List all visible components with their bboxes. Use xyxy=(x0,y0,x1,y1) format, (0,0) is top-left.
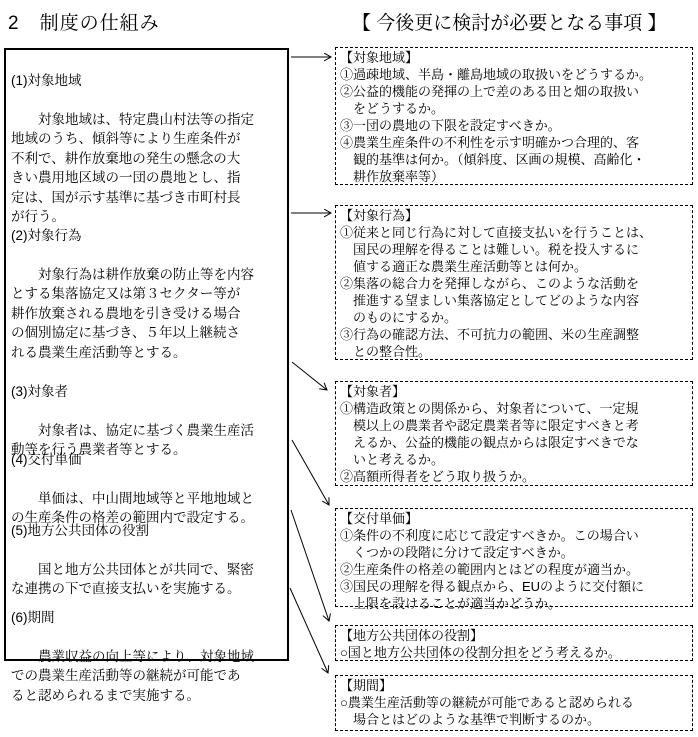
consideration-box-local-government-role: 【地方公共団体の役割】 ○国と地方公共団体の役割分担をどう考えるか。 xyxy=(335,625,693,661)
section-target-act: (2)対象行為 対象行為は耕作放棄の防止等を内容 とする集落協定又は第３セクター… xyxy=(11,206,285,382)
box-item: ①構造政策との関係から、対象者について、一定規 模以上の農業者や認定農業者等に限… xyxy=(340,400,689,468)
box-item: ○農業生産活動等の継続が可能であると認められる 場合とはどのような基準で判断する… xyxy=(340,694,689,728)
section-heading: (5)地方公共団体の役割 xyxy=(11,521,285,541)
box-item: ①条件の不利度に応じて設定すべきか。この場合い くつかの段階に分けて設定すべきか… xyxy=(340,527,689,561)
box-heading: 【対象行為】 xyxy=(340,207,689,224)
box-item: ①過疎地域、半島・離島地域の取扱いをどうするか。 xyxy=(340,66,689,83)
box-item: ④農業生産条件の不利性を示す明確かつ合理的、客 観的基準は何か。（傾斜度、区画の… xyxy=(340,134,689,185)
consideration-box-target-act: 【対象行為】 ①従来と同じ行為に対して直接支払いを行うことは、 国民の理解を得る… xyxy=(335,205,693,360)
section-heading: (6)期間 xyxy=(11,608,285,628)
consideration-box-unit-price: 【交付単価】 ①条件の不利度に応じて設定すべきか。この場合い くつかの段階に分け… xyxy=(335,508,693,607)
box-item: ②高額所得者をどう取り扱うか。 xyxy=(340,468,689,485)
scheme-outline-box: (1)対象地域 対象地域は、特定農山村法等の指定 地域のうち、傾斜等により生産条… xyxy=(4,48,289,661)
section-period: (6)期間 農業収益の向上等により、対象地域 での農業生産活動等の継続が可能であ… xyxy=(11,588,285,725)
arrow-period xyxy=(290,588,328,673)
box-heading: 【地方公共団体の役割】 xyxy=(340,627,689,644)
section-heading: (1)対象地域 xyxy=(11,71,285,91)
arrow-unit-price xyxy=(292,440,329,505)
box-heading: 【交付単価】 xyxy=(340,510,689,527)
arrow-local-government-role xyxy=(291,510,329,621)
box-heading: 【期間】 xyxy=(340,677,689,694)
consideration-box-target-person: 【対象者】 ①構造政策との関係から、対象者について、一定規 模以上の農業者や認定… xyxy=(335,381,693,486)
document-page: 2 制度の仕組み 【 今後更に検討が必要となる事項 】 (1)対象地域 対象地域… xyxy=(0,0,698,737)
section-heading: (2)対象行為 xyxy=(11,226,285,246)
section-heading: (3)対象者 xyxy=(11,382,285,402)
box-item: ③一団の農地の下限を設定すべきか。 xyxy=(340,117,689,134)
box-item: ①従来と同じ行為に対して直接支払いを行うことは、 国民の理解を得ることは難しい。… xyxy=(340,224,689,275)
box-item: ②生産条件の格差の範囲内とはどの程度が適当か。 xyxy=(340,561,689,578)
section-body: 対象行為は耕作放棄の防止等を内容 とする集落協定又は第３セクター等が 耕作放棄さ… xyxy=(11,265,285,363)
box-item: ③行為の確認方法、不可抗力の範囲、米の生産調整 との整合性。 xyxy=(340,326,689,360)
box-item: ②集落の総合力を発揮しながら、このような活動を 推進する望ましい集落協定としてど… xyxy=(340,275,689,326)
box-heading: 【対象地域】 xyxy=(340,49,689,66)
box-heading: 【対象者】 xyxy=(340,383,689,400)
consideration-box-period: 【期間】 ○農業生産活動等の継続が可能であると認められる 場合とはどのような基準… xyxy=(335,675,693,731)
box-item: ○国と地方公共団体の役割分担をどう考えるか。 xyxy=(340,644,689,661)
box-item: ②公益的機能の発揮の上で差のある田と畑の取扱い をどうするか。 xyxy=(340,83,689,117)
box-item: ③国民の理解を得る観点から、EUのように交付額に 上限を設けることが適当かどうか… xyxy=(340,578,689,612)
section-body: 農業収益の向上等により、対象地域 での農業生産活動等の継続が可能であ ると認めら… xyxy=(11,647,285,706)
page-title: 2 制度の仕組み xyxy=(8,8,160,35)
section-heading: (4)交付単価 xyxy=(11,450,285,470)
arrow-target-person xyxy=(292,362,327,390)
right-column-title: 【 今後更に検討が必要となる事項 】 xyxy=(352,8,667,35)
consideration-box-target-area: 【対象地域】 ①過疎地域、半島・離島地域の取扱いをどうするか。 ②公益的機能の発… xyxy=(335,47,693,185)
